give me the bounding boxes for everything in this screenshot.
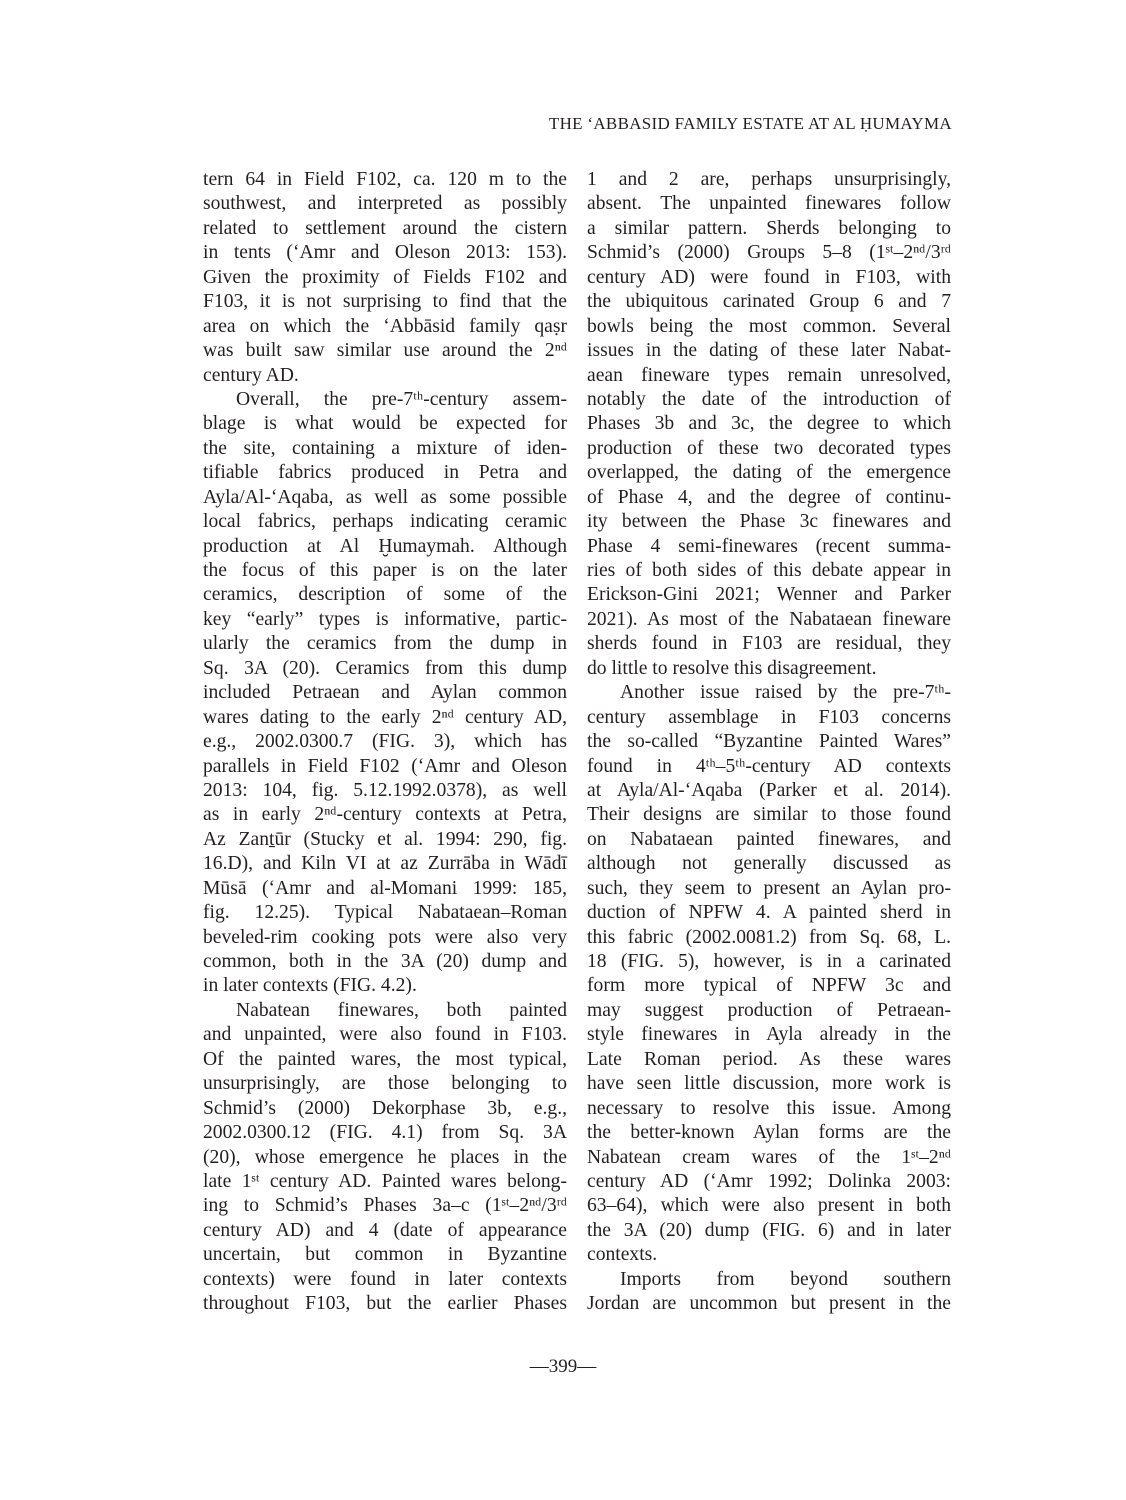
text-line: contexts. xyxy=(587,1243,951,1267)
text-line: 2013: 104, fig. 5.12.1992.0378), as well xyxy=(203,779,567,803)
text-line: century AD. xyxy=(203,364,567,388)
text-line: 2021). As most of the Nabataean fineware xyxy=(587,608,951,632)
text-line: absent. The unpainted finewares follow xyxy=(587,192,951,216)
text-line: notably the date of the introduction of xyxy=(587,388,951,412)
text-line: F103, it is not surprising to find that … xyxy=(203,290,567,314)
text-line: local fabrics, perhaps indicating cerami… xyxy=(203,510,567,534)
text-line: wares dating to the early 2ⁿᵈ century AD… xyxy=(203,706,567,730)
text-line: Another issue raised by the pre-7ᵗʰ- xyxy=(587,681,951,705)
text-line: the so-called “Byzantine Painted Wares” xyxy=(587,730,951,754)
text-line: sherds found in F103 are residual, they xyxy=(587,632,951,656)
text-line: Schmid’s (2000) Dekorphase 3b, e.g., xyxy=(203,1097,567,1121)
text-line: century AD) were found in F103, with xyxy=(587,266,951,290)
text-line: duction of NPFW 4. A painted sherd in xyxy=(587,901,951,925)
text-line: and unpainted, were also found in F103. xyxy=(203,1023,567,1047)
text-line: the site, containing a mixture of iden- xyxy=(203,437,567,461)
text-line: on Nabataean painted finewares, and xyxy=(587,828,951,852)
text-line: issues in the dating of these later Naba… xyxy=(587,339,951,363)
text-line: uncertain, but common in Byzantine xyxy=(203,1243,567,1267)
text-line: was built saw similar use around the 2ⁿᵈ xyxy=(203,339,567,363)
text-line: unsurprisingly, are those belonging to xyxy=(203,1072,567,1096)
text-line: the ubiquitous carinated Group 6 and 7 xyxy=(587,290,951,314)
text-line: e.g., 2002.0300.7 (FIG. 3), which has xyxy=(203,730,567,754)
text-line: 18 (FIG. 5), however, is in a carinated xyxy=(587,950,951,974)
text-line: included Petraean and Aylan common xyxy=(203,681,567,705)
text-line: Of the painted wares, the most typical, xyxy=(203,1048,567,1072)
left-column: tern 64 in Field F102, ca. 120 m to thes… xyxy=(203,168,567,1317)
text-line: aean fineware types remain unresolved, xyxy=(587,364,951,388)
text-line: 1 and 2 are, perhaps unsurprisingly, xyxy=(587,168,951,192)
text-line: form more typical of NPFW 3c and xyxy=(587,974,951,998)
text-line: southwest, and interpreted as possibly xyxy=(203,192,567,216)
text-line: Mūsā (‘Amr and al-Momani 1999: 185, xyxy=(203,877,567,901)
text-line: ity between the Phase 3c finewares and xyxy=(587,510,951,534)
text-line: found in 4ᵗʰ–5ᵗʰ-century AD contexts xyxy=(587,755,951,779)
text-line: style finewares in Ayla already in the xyxy=(587,1023,951,1047)
text-line: the focus of this paper is on the later xyxy=(203,559,567,583)
text-line: Overall, the pre-7ᵗʰ-century assem- xyxy=(203,388,567,412)
text-line: as in early 2ⁿᵈ-century contexts at Petr… xyxy=(203,803,567,827)
text-line: tifiable fabrics produced in Petra and xyxy=(203,461,567,485)
text-line: 63–64), which were also present in both xyxy=(587,1194,951,1218)
text-line: parallels in Field F102 (‘Amr and Oleson xyxy=(203,755,567,779)
text-line: of Phase 4, and the degree of continu- xyxy=(587,486,951,510)
text-line: Given the proximity of Fields F102 and xyxy=(203,266,567,290)
text-line: ries of both sides of this debate appear… xyxy=(587,559,951,583)
text-line: Az Zanṯūr (Stucky et al. 1994: 290, fig. xyxy=(203,828,567,852)
text-line: area on which the ‘Abbāsid family qaṣr xyxy=(203,315,567,339)
running-head: THE ‘ABBASID FAMILY ESTATE AT AL ḤUMAYMA xyxy=(549,114,952,134)
text-line: necessary to resolve this issue. Among xyxy=(587,1097,951,1121)
text-line: related to settlement around the cistern xyxy=(203,217,567,241)
text-line: blage is what would be expected for xyxy=(203,412,567,436)
text-line: century AD (‘Amr 1992; Dolinka 2003: xyxy=(587,1170,951,1194)
text-line: do little to resolve this disagreement. xyxy=(587,657,951,681)
text-line: late 1ˢᵗ century AD. Painted wares belon… xyxy=(203,1170,567,1194)
text-line: bowls being the most common. Several xyxy=(587,315,951,339)
text-line: Ayla/Al-‘Aqaba, as well as some possible xyxy=(203,486,567,510)
text-line: century AD) and 4 (date of appearance xyxy=(203,1219,567,1243)
text-line: a similar pattern. Sherds belonging to xyxy=(587,217,951,241)
text-line: ceramics, description of some of the xyxy=(203,583,567,607)
text-line: the better-known Aylan forms are the xyxy=(587,1121,951,1145)
page-number: —399— xyxy=(0,1356,1126,1378)
text-line: key “early” types is informative, partic… xyxy=(203,608,567,632)
text-line: Nabatean cream wares of the 1ˢᵗ–2ⁿᵈ xyxy=(587,1146,951,1170)
text-line: contexts) were found in later contexts xyxy=(203,1268,567,1292)
text-line: although not generally discussed as xyxy=(587,852,951,876)
text-line: beveled-rim cooking pots were also very xyxy=(203,926,567,950)
text-line: fig. 12.25). Typical Nabataean–Roman xyxy=(203,901,567,925)
text-line: the 3A (20) dump (FIG. 6) and in later xyxy=(587,1219,951,1243)
text-line: (20), whose emergence he places in the xyxy=(203,1146,567,1170)
text-line: Schmid’s (2000) Groups 5–8 (1ˢᵗ–2ⁿᵈ/3ʳᵈ xyxy=(587,241,951,265)
text-line: at Ayla/Al-‘Aqaba (Parker et al. 2014). xyxy=(587,779,951,803)
text-line: Imports from beyond southern xyxy=(587,1268,951,1292)
text-line: common, both in the 3A (20) dump and xyxy=(203,950,567,974)
text-line: tern 64 in Field F102, ca. 120 m to the xyxy=(203,168,567,192)
text-line: in tents (‘Amr and Oleson 2013: 153). xyxy=(203,241,567,265)
text-line: overlapped, the dating of the emergence xyxy=(587,461,951,485)
text-line: production at Al Ḫumaymah. Although xyxy=(203,535,567,559)
text-line: Phases 3b and 3c, the degree to which xyxy=(587,412,951,436)
text-line: Jordan are uncommon but present in the xyxy=(587,1292,951,1316)
text-line: production of these two decorated types xyxy=(587,437,951,461)
text-line: century assemblage in F103 concerns xyxy=(587,706,951,730)
text-line: this fabric (2002.0081.2) from Sq. 68, L… xyxy=(587,926,951,950)
text-line: Late Roman period. As these wares xyxy=(587,1048,951,1072)
text-line: may suggest production of Petraean- xyxy=(587,999,951,1023)
right-column: 1 and 2 are, perhaps unsurprisingly,abse… xyxy=(587,168,951,1317)
text-line: such, they seem to present an Aylan pro- xyxy=(587,877,951,901)
text-line: 2002.0300.12 (FIG. 4.1) from Sq. 3A xyxy=(203,1121,567,1145)
text-line: have seen little discussion, more work i… xyxy=(587,1072,951,1096)
text-line: Their designs are similar to those found xyxy=(587,803,951,827)
text-line: 16.D), and Kiln VI at az Zurrāba in Wādī xyxy=(203,852,567,876)
text-line: throughout F103, but the earlier Phases xyxy=(203,1292,567,1316)
text-line: in later contexts (FIG. 4.2). xyxy=(203,974,567,998)
text-line: Erickson-Gini 2021; Wenner and Parker xyxy=(587,583,951,607)
text-line: ing to Schmid’s Phases 3a–c (1ˢᵗ–2ⁿᵈ/3ʳᵈ xyxy=(203,1194,567,1218)
text-line: Phase 4 semi-finewares (recent summa- xyxy=(587,535,951,559)
text-line: Sq. 3A (20). Ceramics from this dump xyxy=(203,657,567,681)
text-line: ularly the ceramics from the dump in xyxy=(203,632,567,656)
text-line: Nabatean finewares, both painted xyxy=(203,999,567,1023)
